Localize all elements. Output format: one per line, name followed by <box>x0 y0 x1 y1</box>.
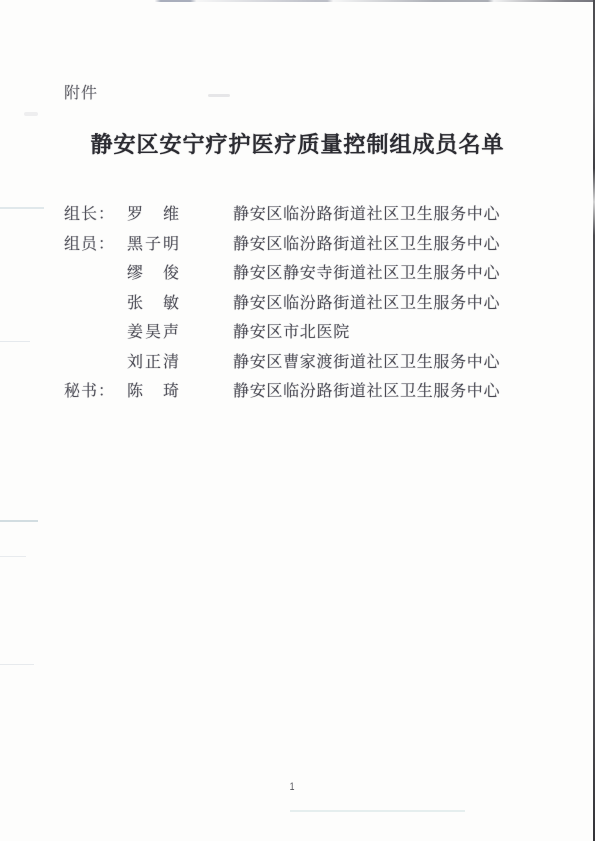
roster-role-label: 秘书： <box>64 378 127 401</box>
roster-row: 组员： 黑子明 静安区临汾路街道社区卫生服务中心 <box>64 228 575 258</box>
scanned-document-page: 附件 静安区安宁疗护医疗质量控制组成员名单 组长： 罗 维 静安区临汾路街道社区… <box>0 0 595 841</box>
roster-member-org: 静安区临汾路街道社区卫生服务中心 <box>233 378 575 401</box>
roster-row: 刘正清 静安区曹家渡街道社区卫生服务中心 <box>64 346 575 376</box>
scan-artifact-streak <box>0 664 34 665</box>
scan-artifact-smudge <box>208 94 230 97</box>
roster-member-name: 姜昊声 <box>127 319 233 342</box>
roster-member-name: 缪 俊 <box>127 260 233 283</box>
scan-artifact-streak <box>0 341 30 342</box>
roster-row: 姜昊声 静安区市北医院 <box>64 316 575 346</box>
scan-artifact-smudge <box>290 810 465 812</box>
roster-member-org: 静安区市北医院 <box>233 319 575 342</box>
roster-member-org: 静安区临汾路街道社区卫生服务中心 <box>233 201 575 224</box>
scan-artifact-streak <box>0 207 44 209</box>
document-title: 静安区安宁疗护医疗质量控制组成员名单 <box>0 128 595 159</box>
roster-row: 组长： 罗 维 静安区临汾路街道社区卫生服务中心 <box>64 198 575 228</box>
roster-member-org: 静安区临汾路街道社区卫生服务中心 <box>233 290 575 313</box>
scan-artifact-streak <box>0 520 38 522</box>
page-number-mark: 1 <box>290 781 295 793</box>
roster-member-org: 静安区临汾路街道社区卫生服务中心 <box>233 231 575 254</box>
scan-artifact-top-edge <box>0 0 595 2</box>
roster-role-label: 组长： <box>64 201 127 224</box>
scan-artifact-smudge <box>24 112 38 116</box>
roster-member-name: 张 敏 <box>127 290 233 313</box>
roster-row: 缪 俊 静安区静安寺街道社区卫生服务中心 <box>64 257 575 287</box>
roster-member-org: 静安区曹家渡街道社区卫生服务中心 <box>233 349 575 372</box>
attachment-label: 附件 <box>64 80 98 103</box>
roster-member-name: 刘正清 <box>127 349 233 372</box>
roster-member-org: 静安区静安寺街道社区卫生服务中心 <box>233 260 575 283</box>
roster-role-label: 组员： <box>64 231 127 254</box>
roster-row: 秘书： 陈 琦 静安区临汾路街道社区卫生服务中心 <box>64 375 575 405</box>
member-roster: 组长： 罗 维 静安区临汾路街道社区卫生服务中心 组员： 黑子明 静安区临汾路街… <box>64 198 575 405</box>
roster-member-name: 黑子明 <box>127 231 233 254</box>
roster-member-name: 罗 维 <box>127 201 233 224</box>
roster-row: 张 敏 静安区临汾路街道社区卫生服务中心 <box>64 287 575 317</box>
scan-artifact-streak <box>0 556 26 557</box>
roster-member-name: 陈 琦 <box>127 378 233 401</box>
